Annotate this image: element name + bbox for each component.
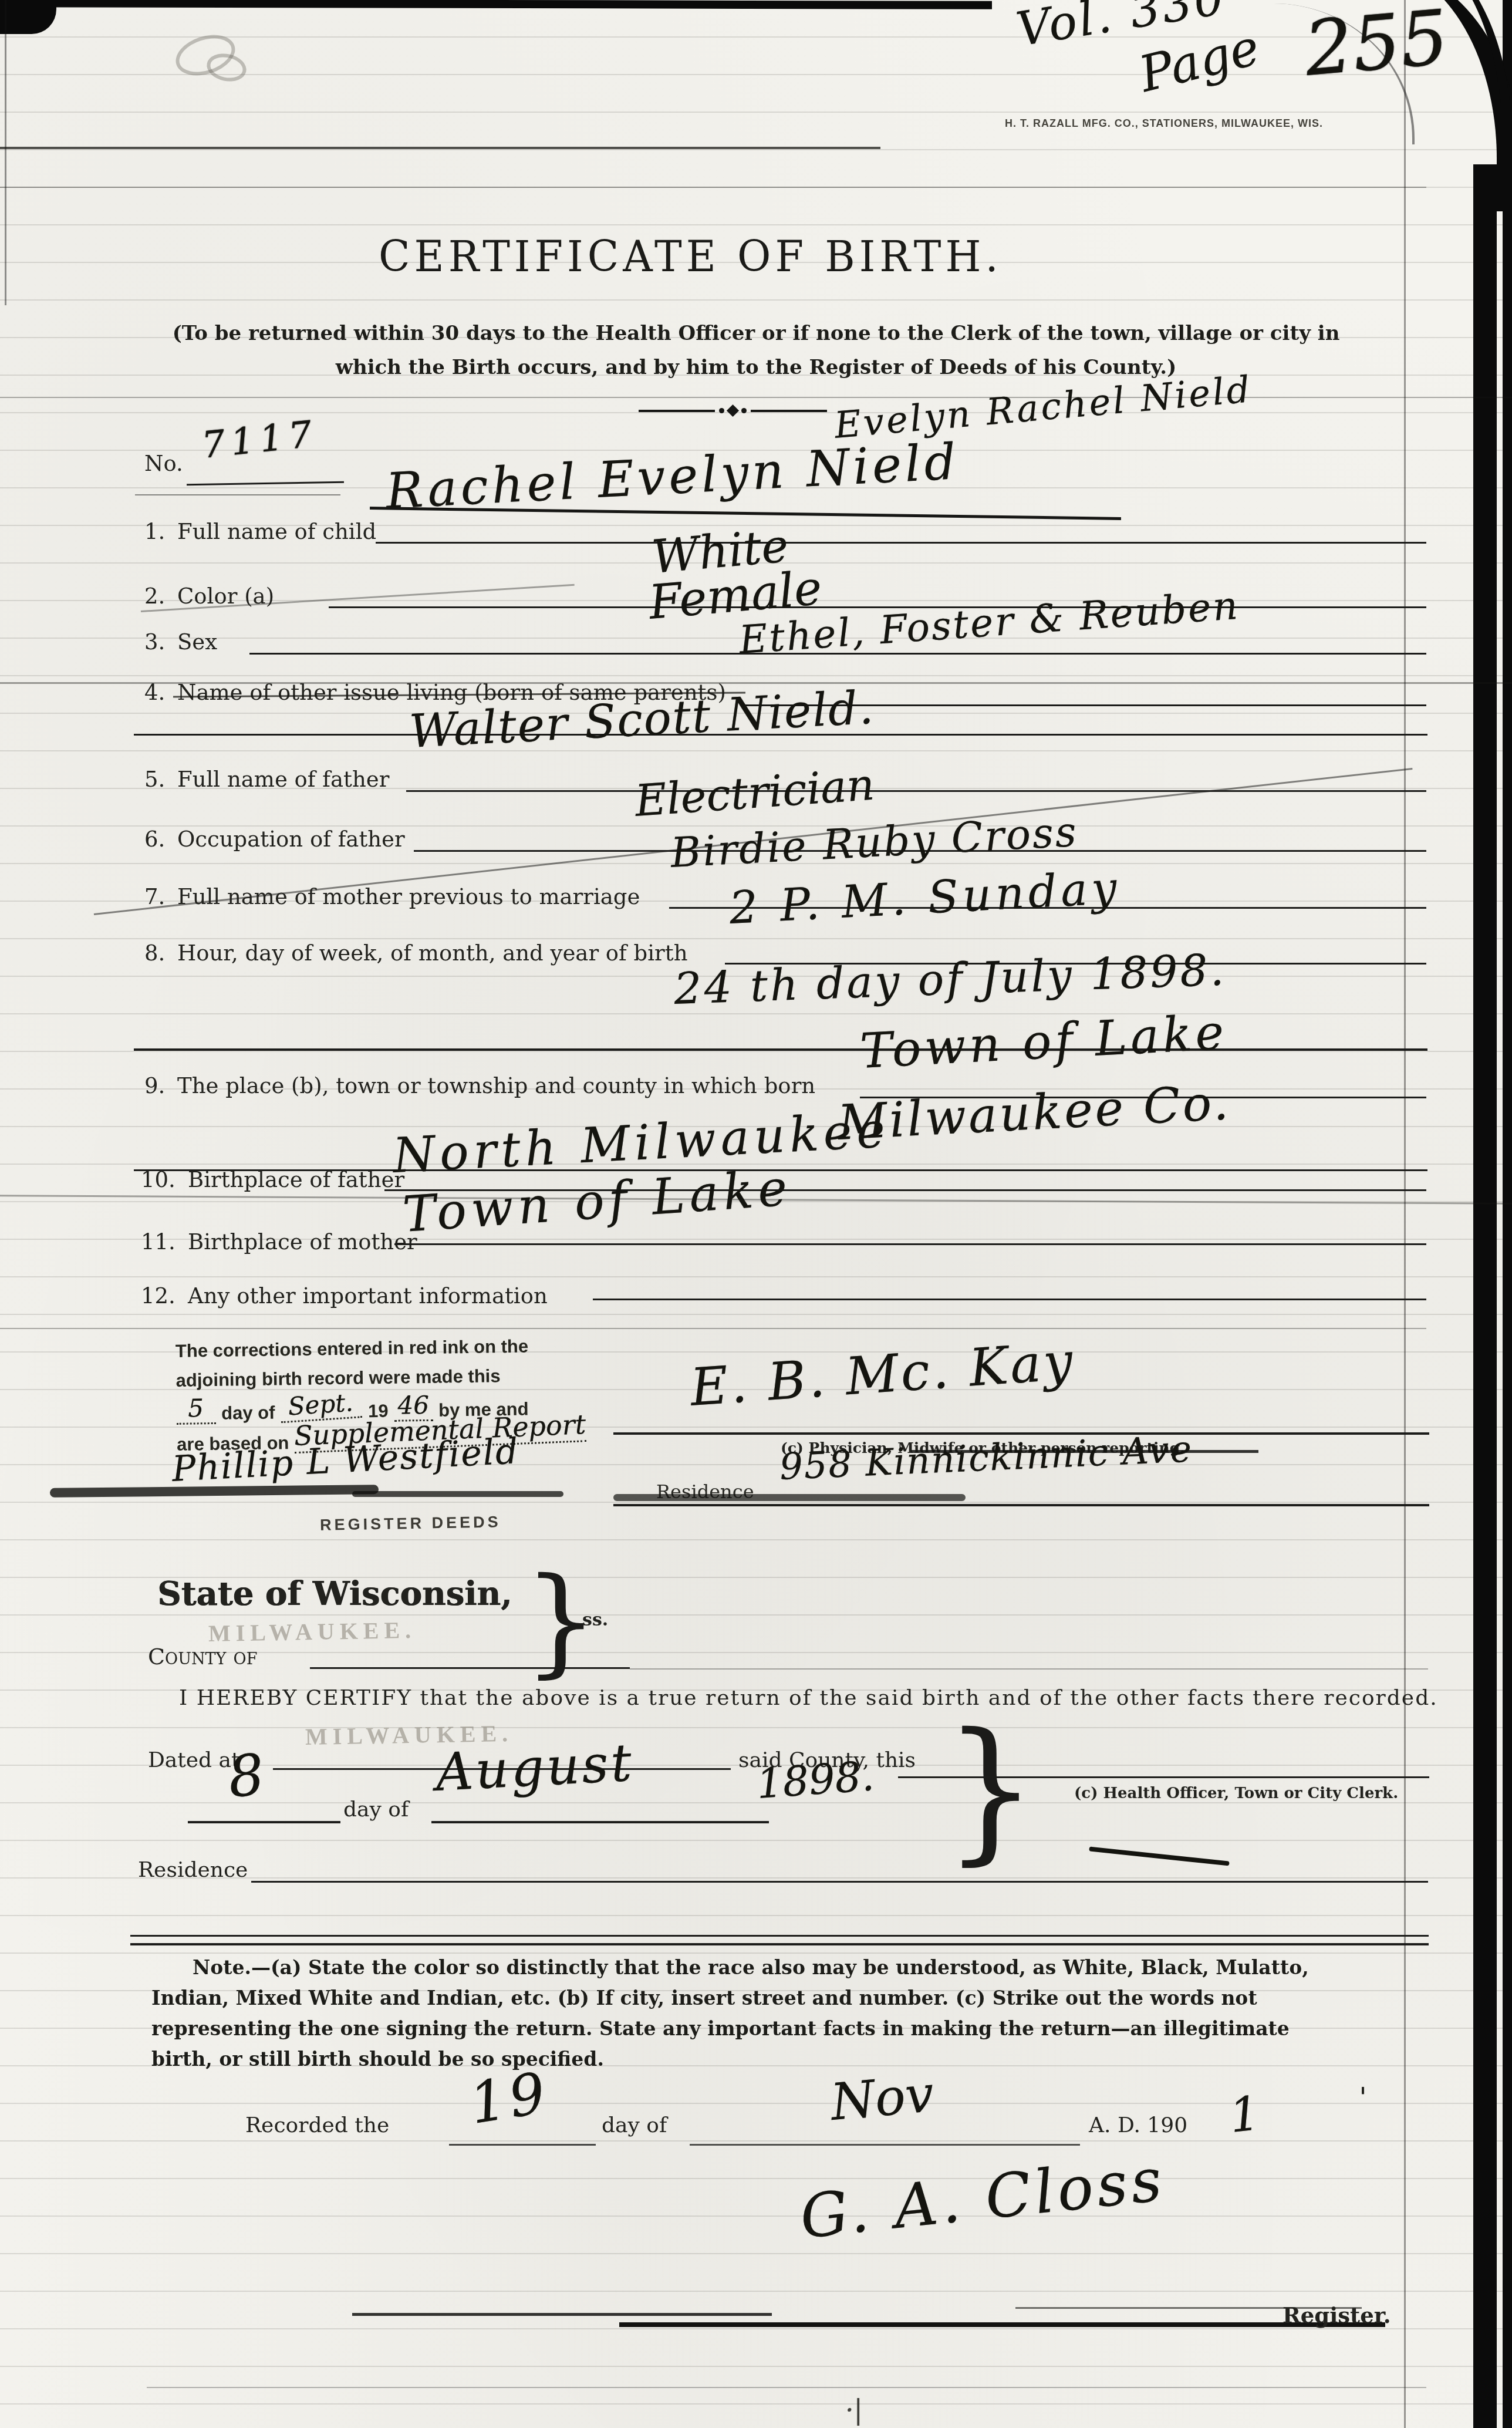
top-left-blob [0,0,56,34]
page-fold-line [1404,0,1406,2428]
county-rule-ext [630,1668,1428,1670]
field-11-label: Birthplace of mother [188,1229,417,1255]
field-2-num: 2. [144,584,165,609]
divider-dot [719,408,724,413]
no-rule-2 [135,494,340,495]
field-7-num: 7. [144,884,165,909]
residence-top-rule [613,1504,1429,1506]
field-12-num: 12. [141,1283,176,1309]
field-2-label: Color (a) [177,584,274,609]
corrections-day-value: 5 [176,1394,215,1425]
ss-label: ss. [582,1610,608,1630]
recorded-month-value: Nov [828,2065,936,2132]
top-edge-strip [0,0,992,9]
dated-day-of: day of [343,1798,409,1822]
page-annotation-number: 255 [1301,0,1452,93]
field-12-rule [593,1299,1426,1300]
bottom-mark: ·| [845,2394,863,2426]
field-6-value: Electrician [633,760,876,827]
dated-day-value: 8 [225,1741,267,1810]
pen-streak [1089,1846,1230,1866]
field-1-label: Full name of child [177,519,376,544]
field-5-num: 5. [144,767,165,792]
note-paragraph: Note.—(a) State the color so distinctly … [151,1952,1309,2075]
dated-brace: } [944,1713,1037,1867]
field-8-rule-2 [134,1048,1427,1051]
field-11-rule [394,1243,1426,1245]
right-edge-band-outer [1503,0,1512,2428]
corrections-line-1: The corrections entered in red ink on th… [176,1331,586,1366]
recorded-day-rule [449,2144,596,2146]
certificate-title: CERTIFICATE OF BIRTH. [379,231,1003,281]
separator-rule-1 [130,1935,1429,1937]
note-line-1: Note.—(a) State the color so distinctly … [151,1952,1309,1983]
subtitle-line-1: (To be returned within 30 days to the He… [173,322,1340,345]
corrections-stamp: The corrections entered in red ink on th… [176,1331,587,1455]
left-edge-line [5,0,6,305]
dated-day-rule [188,1821,340,1823]
residence-smear [613,1494,966,1501]
certify-statement: I HEREBY CERTIFY that the above is a tru… [179,1686,1438,1710]
no-rule [187,481,344,486]
no-label: No. [144,451,183,476]
field-10-num: 10. [141,1167,176,1192]
note-line-4: birth, or still birth should be so speci… [151,2044,1309,2075]
printer-credit: H. T. RAZALL MFG. CO., STATIONERS, MILWA… [1005,117,1323,130]
county-label: County of [148,1644,257,1670]
residence-bottom-label: Residence [138,1858,248,1882]
field-10-label: Birthplace of father [188,1167,404,1192]
birth-certificate-scan: Vol. 330 Page 255 H. T. RAZALL MFG. CO.,… [0,0,1512,2428]
recorded-label: Recorded the [245,2113,389,2137]
note-line-2: Indian, Mixed White and Indian, etc. (b)… [151,1983,1309,2014]
streak [0,147,880,149]
dated-month-rule [431,1821,769,1823]
register-signature: G. A. Closs [797,2144,1169,2252]
field-3-num: 3. [144,629,165,655]
recorded-day-of: day of [602,2113,667,2137]
heavy-rule-2 [619,2322,1385,2327]
county-stamp: MILWAUKEE. [208,1616,417,1647]
dated-month-value: August [434,1732,636,1803]
recorded-year-value: 1 [1227,2086,1262,2143]
register-label: Register. [1283,2302,1391,2328]
field-9-value-2: Milwaukee Co. [836,1075,1232,1151]
corrections-day-of: day of [221,1402,275,1424]
recorded-day-value: 19 [465,2059,553,2137]
divider-diamond-icon [727,404,739,417]
field-8-num: 8. [144,940,165,966]
clerk-rule [898,1776,1429,1778]
field-12-label: Any other important information [188,1283,548,1309]
streak [0,397,1512,398]
field-3-label: Sex [177,629,217,655]
signature-smear-2 [352,1491,563,1497]
residence-bottom-rule [251,1881,1428,1883]
separator-rule-2 [130,1943,1429,1945]
field-1-rule [376,542,1426,544]
stray-tick: ' [1359,2083,1366,2113]
recorded-month-rule [690,2144,1080,2146]
divider-line-left [639,410,715,412]
field-6-num: 6. [144,827,165,852]
streak [0,1328,1426,1329]
field-11-num: 11. [141,1229,176,1255]
field-1-num: 1. [144,519,165,544]
subtitle-line-2: which the Birth occurs, and by him to th… [336,356,1177,379]
divider-dot [741,408,747,413]
right-edge-band-inner [1473,164,1497,2428]
field-4-num: 4. [144,680,165,705]
field-5-rule [406,790,1426,792]
certificate-number: 7117 [200,412,319,467]
field-5-label: Full name of father [177,767,389,792]
field-9-num: 9. [144,1073,165,1098]
field-1-value: Rachel Evelyn Nield [384,433,961,520]
field-8-value: 2 P. M. Sunday [728,861,1122,934]
heavy-rule-1 [352,2313,772,2316]
state-heading: State of Wisconsin, [157,1574,512,1613]
signature-smear [50,1485,379,1498]
field-6-label: Occupation of father [177,827,405,852]
register-deeds-stamp: REGISTER DEEDS [320,1513,501,1534]
field-7-label: Full name of mother previous to marriage [177,884,640,909]
residence-top-value: 958 Kinnickinnic Ave [779,1427,1194,1488]
reporter-signature: E. B. Mc. Kay [689,1330,1077,1418]
note-line-3: representing the one signing the return.… [151,2014,1309,2044]
divider-line-right [751,410,827,412]
field-9-label: The place (b), town or township and coun… [177,1073,815,1098]
child-name-annotation: Evelyn Rachel Nield [833,367,1254,447]
clerk-caption: (c) Health Officer, Town or City Clerk. [1074,1785,1398,1802]
streak [0,187,1426,188]
field-9-value: Town of Lake [859,1004,1228,1080]
dated-year-value: 1898. [755,1752,876,1808]
field-8-label: Hour, day of week, of month, and year of… [177,940,687,966]
bottom-faint-rule [147,2387,1426,2388]
field-8-value-2: 24 th day of July 1898. [673,945,1227,1014]
recorded-ad-label: A. D. 190 [1089,2113,1187,2137]
